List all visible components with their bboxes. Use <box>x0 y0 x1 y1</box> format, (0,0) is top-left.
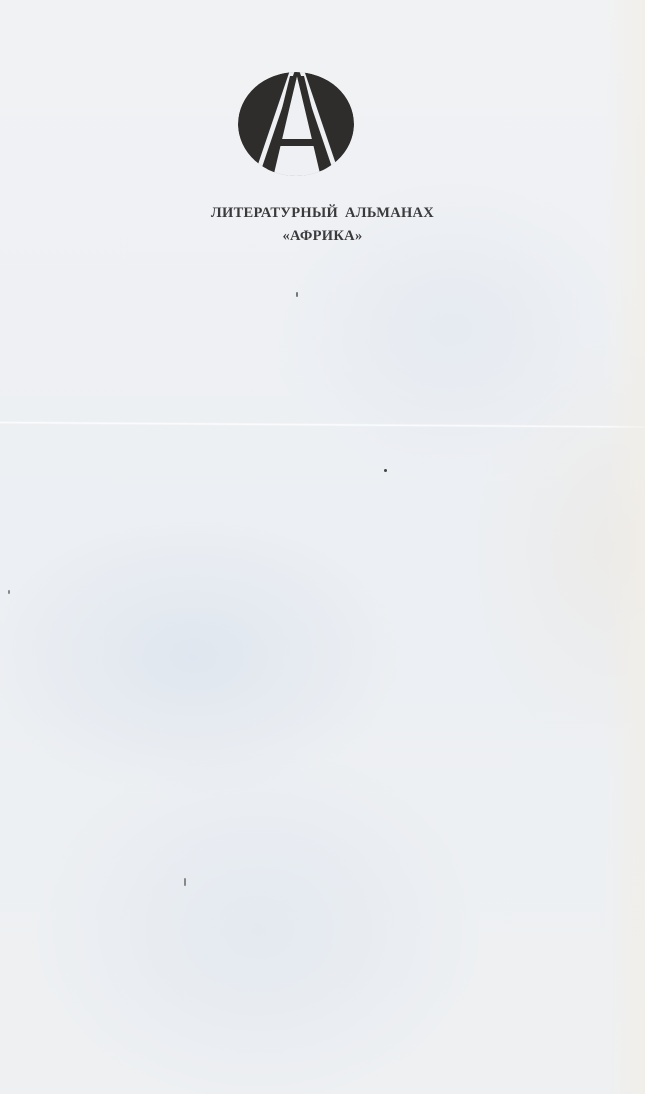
paper-speck <box>8 590 10 594</box>
paper-fold-line <box>0 421 645 429</box>
paper-speck <box>384 469 387 472</box>
series-title: ЛИТЕРАТУРНЫЙ АЛЬМАНАХ <box>0 205 645 222</box>
series-name: «АФРИКА» <box>0 228 645 245</box>
page-edge-shading <box>605 0 645 1094</box>
letter-a-in-circle-logo-icon <box>238 72 354 176</box>
book-page: ЛИТЕРАТУРНЫЙ АЛЬМАНАХ «АФРИКА» <box>0 0 645 1094</box>
paper-speck <box>184 878 186 886</box>
paper-speck <box>296 292 298 297</box>
